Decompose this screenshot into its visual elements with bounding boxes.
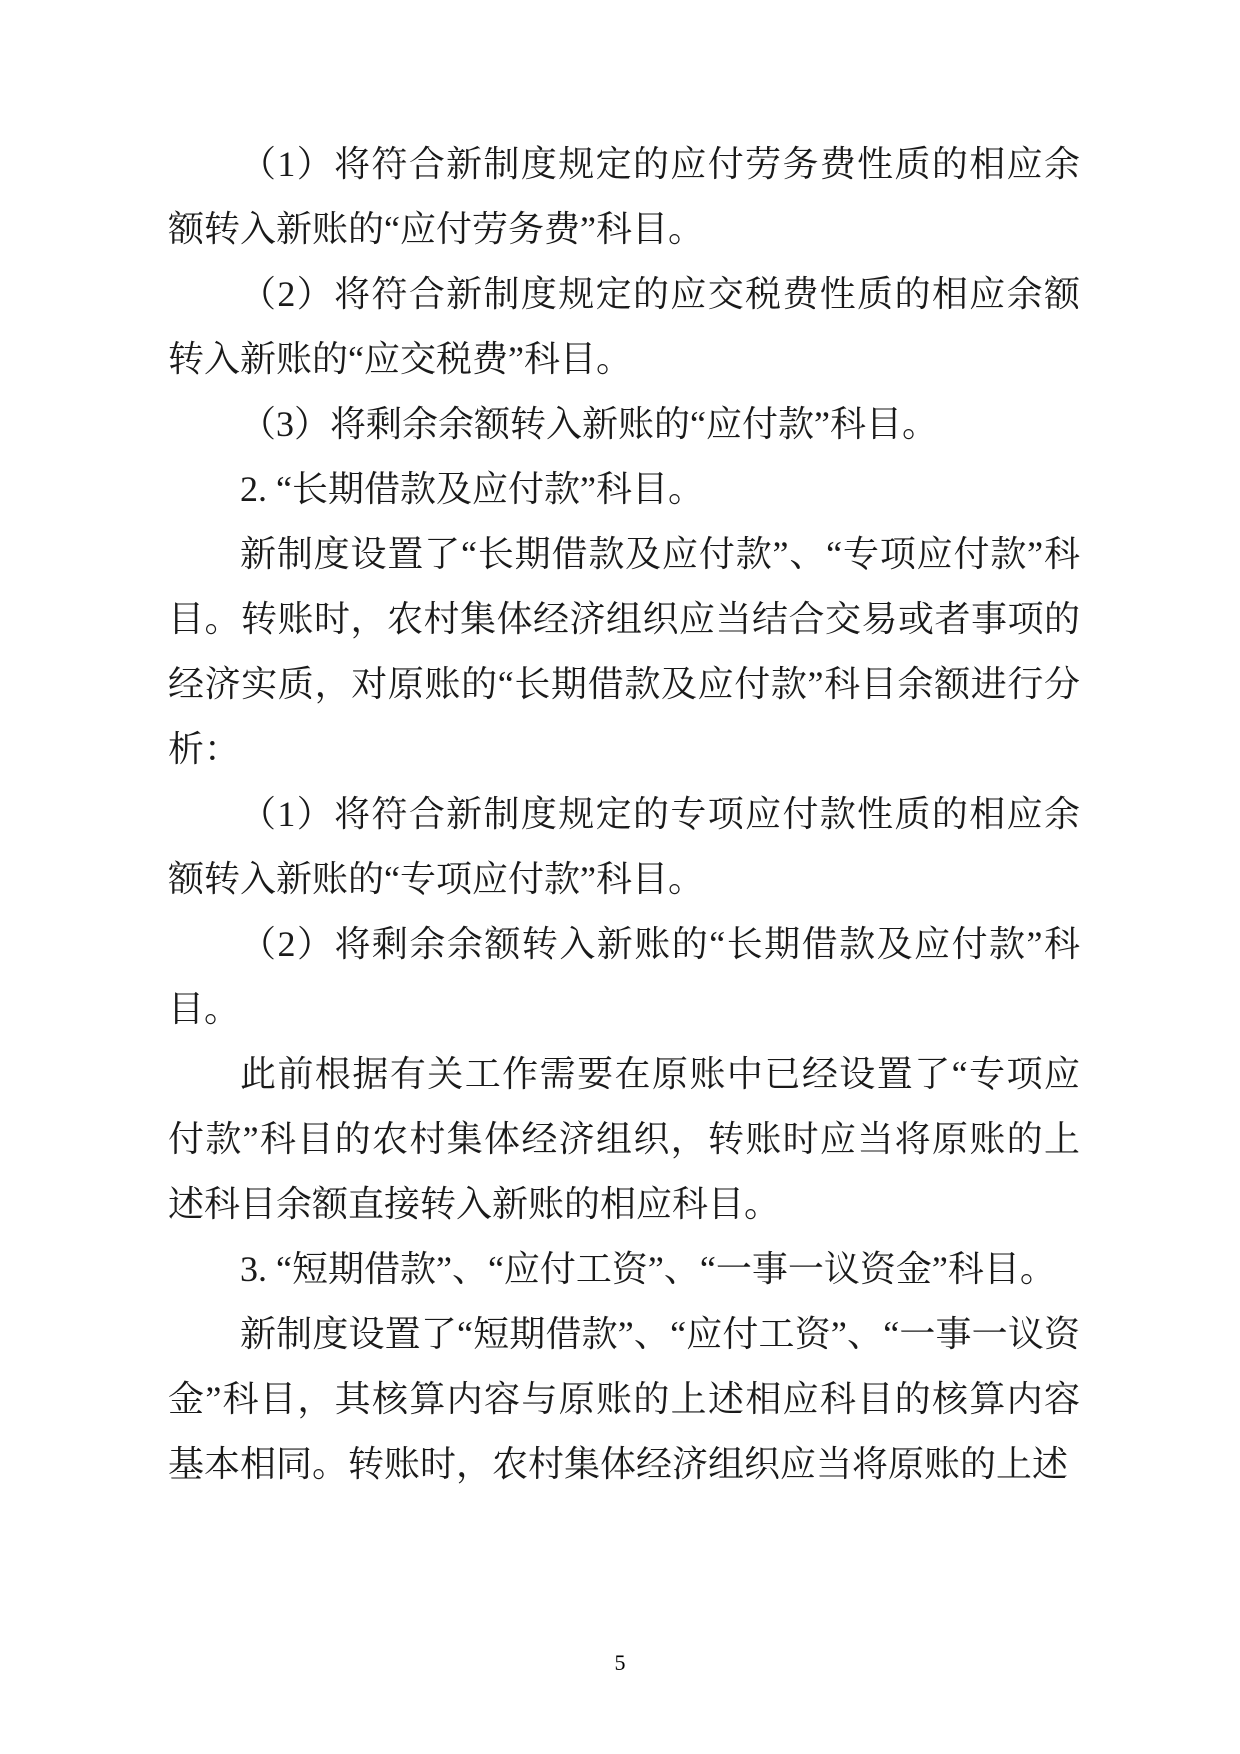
paragraph-item-7: 此前根据有关工作需要在原账中已经设置了“专项应付款”科目的农村集体经济组织，转账… bbox=[168, 1042, 1080, 1237]
paragraph-item-2: （2）将符合新制度规定的应交税费性质的相应余额转入新账的“应交税费”科目。 bbox=[168, 262, 1080, 392]
paragraph-item-4: 新制度设置了“长期借款及应付款”、“专项应付款”科目。转账时，农村集体经济组织应… bbox=[168, 522, 1080, 782]
page-number: 5 bbox=[0, 1650, 1240, 1676]
document-page: （1）将符合新制度规定的应付劳务费性质的相应余额转入新账的“应付劳务费”科目。 … bbox=[0, 0, 1240, 1754]
paragraph-heading-3: 3. “短期借款”、“应付工资”、“一事一议资金”科目。 bbox=[168, 1237, 1080, 1302]
paragraph-item-8: 新制度设置了“短期借款”、“应付工资”、“一事一议资金”科目，其核算内容与原账的… bbox=[168, 1302, 1080, 1497]
paragraph-item-3: （3）将剩余余额转入新账的“应付款”科目。 bbox=[168, 392, 1080, 457]
paragraph-item-6: （2）将剩余余额转入新账的“长期借款及应付款”科目。 bbox=[168, 912, 1080, 1042]
paragraph-item-5: （1）将符合新制度规定的专项应付款性质的相应余额转入新账的“专项应付款”科目。 bbox=[168, 782, 1080, 912]
paragraph-heading-2: 2. “长期借款及应付款”科目。 bbox=[168, 457, 1080, 522]
document-body: （1）将符合新制度规定的应付劳务费性质的相应余额转入新账的“应付劳务费”科目。 … bbox=[168, 132, 1080, 1497]
paragraph-item-1: （1）将符合新制度规定的应付劳务费性质的相应余额转入新账的“应付劳务费”科目。 bbox=[168, 132, 1080, 262]
